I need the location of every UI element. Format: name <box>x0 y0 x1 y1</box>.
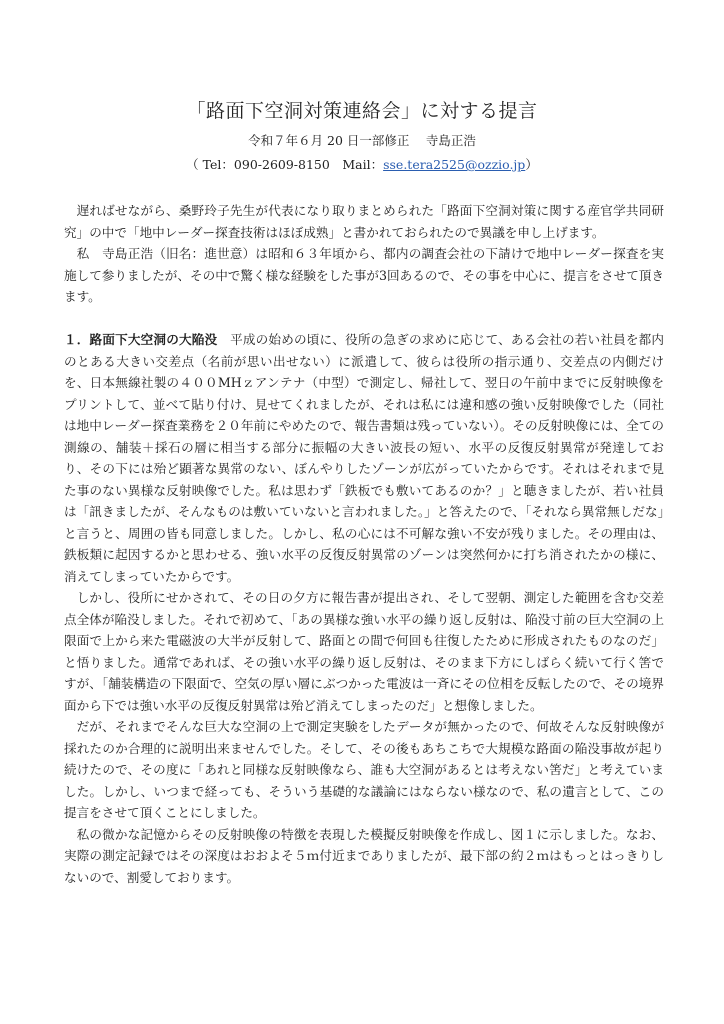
section-paragraph: 私の微かな記憶からその反射映像の特徴を表現した模擬反射映像を作成し、図１に示しま… <box>64 824 664 889</box>
section-heading: １．路面下大空洞の大陥没 <box>64 332 217 347</box>
section-paragraph: だが、それまでそんな巨大な空洞の上で測定実験をしたデータが無かったので、何故そん… <box>64 716 664 824</box>
email-link[interactable]: sse.tera2525@ozzio.jp <box>383 157 525 172</box>
section-paragraph-text: 平成の始めの頃に、役所の急ぎの求めに応じて、ある会社の若い社員を都内のとある大き… <box>64 332 664 584</box>
intro-section: 遅ればせながら、桑野玲子先生が代表になり取りまとめられた「路面下空洞対策に関する… <box>64 200 664 308</box>
contact-phone: （ Tel：090-2609-8150 Mail： <box>186 157 383 172</box>
section-1: １．路面下大空洞の大陥没 平成の始めの頃に、役所の急ぎの求めに応じて、ある会社の… <box>64 329 664 888</box>
contact-line: （ Tel：090-2609-8150 Mail：sse.tera2525@oz… <box>0 155 724 173</box>
intro-paragraph: 遅ればせながら、桑野玲子先生が代表になり取りまとめられた「路面下空洞対策に関する… <box>64 200 664 243</box>
section-paragraph: しかし、役所にせかされて、その日の夕方に報告書が提出され、そして翌朝、測定した範… <box>64 587 664 716</box>
document-page: 「路面下空洞対策連絡会」に対する提言 令和７年６月 20 日一部修正 寺島正浩 … <box>0 0 724 1024</box>
section-paragraph: １．路面下大空洞の大陥没 平成の始めの頃に、役所の急ぎの求めに応じて、ある会社の… <box>64 329 664 587</box>
document-date-author: 令和７年６月 20 日一部修正 寺島正浩 <box>0 131 724 149</box>
contact-suffix: ） <box>525 157 538 172</box>
intro-paragraph: 私 寺島正浩（旧名：進世意）は昭和６３年頃から、都内の調査会社の下請けで地中レー… <box>64 243 664 308</box>
document-title: 「路面下空洞対策連絡会」に対する提言 <box>0 96 724 123</box>
